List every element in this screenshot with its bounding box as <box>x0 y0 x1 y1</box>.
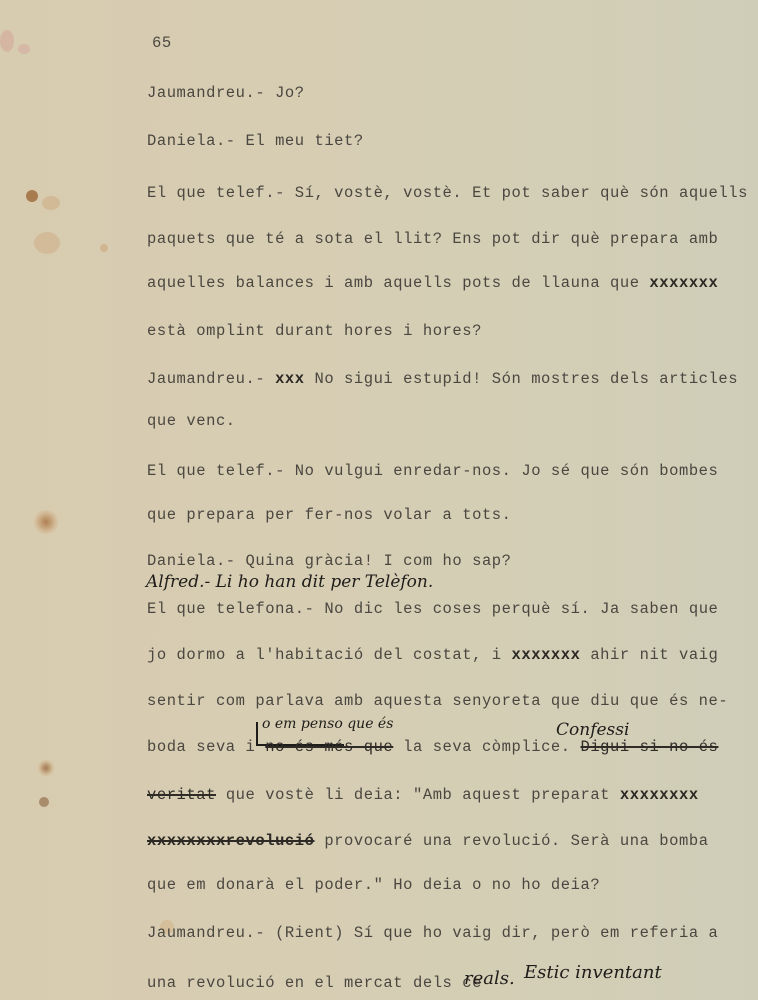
text-line: està omplint durant hores i hores? <box>147 322 482 340</box>
speaker-name: Jaumandreu.- <box>147 84 265 102</box>
dialogue-line: Jaumandreu.- xxx No sigui estupid! Són m… <box>147 370 738 388</box>
text-line: sentir com parlava amb aquesta senyoreta… <box>147 692 728 710</box>
text-line: veritat que vostè li deia: "Amb aquest p… <box>147 786 699 804</box>
typed-strikeout: xxxxxxx <box>640 274 719 292</box>
text-line: que venc. <box>147 412 236 430</box>
handwritten-insertion: o em penso que és <box>262 716 393 732</box>
speaker-name: Daniela.- <box>147 552 236 570</box>
pink-stain <box>0 30 14 52</box>
rust-stain <box>34 510 58 534</box>
dialogue-line: El que telefona.- No dic les coses perqu… <box>147 600 718 618</box>
speaker-name: Jaumandreu.- <box>147 370 265 388</box>
speaker-name: Jaumandreu.- <box>147 924 265 942</box>
rust-stain <box>26 190 38 202</box>
rust-stain <box>34 232 60 254</box>
struck-text: veritat <box>147 786 216 804</box>
text-line: xxxxxxxxrevolució provocaré una revoluci… <box>147 832 709 850</box>
text-line: boda seva i no és més que la seva còmpli… <box>147 738 718 756</box>
speaker-name: Daniela.- <box>147 132 236 150</box>
typed-strikeout: xxxxxxx <box>512 646 581 664</box>
page-number: 65 <box>152 34 172 52</box>
dialogue-line: Daniela.- El meu tiet? <box>147 132 364 150</box>
text-line: una revolució en el mercat dels ce <box>147 974 482 992</box>
speaker-name: El que telefona.- <box>147 600 314 618</box>
text-line: jo dormo a l'habitació del costat, i xxx… <box>147 646 718 664</box>
dialogue-line: Daniela.- Quina gràcia! I com ho sap? <box>147 552 512 570</box>
text-line: aquelles balances i amb aquells pots de … <box>147 274 718 292</box>
typed-strikeout: xxx <box>265 370 304 388</box>
handwritten-annotation: Alfred.- Li ho han dit per Telèfon. <box>146 572 433 592</box>
text-line: que em donarà el poder." Ho deia o no ho… <box>147 876 600 894</box>
rust-stain <box>42 196 60 210</box>
typed-strikeout: xxxxxxxxrevolució <box>147 832 314 850</box>
rust-stain <box>100 244 108 252</box>
handwritten-annotation: Estic inventant <box>524 962 662 983</box>
text-line: que prepara per fer-nos volar a tots. <box>147 506 512 524</box>
dialogue-line: Jaumandreu.- Jo? <box>147 84 305 102</box>
dialogue-line: Jaumandreu.- (Rient) Sí que ho vaig dir,… <box>147 924 718 942</box>
document-page: 65 Jaumandreu.- Jo? Daniela.- El meu tie… <box>0 0 758 1000</box>
dialogue-line: El que telef.- No vulgui enredar-nos. Jo… <box>147 462 718 480</box>
rust-stain <box>38 760 54 776</box>
struck-text: no és més que <box>265 738 393 756</box>
dialogue-line: El que telef.- Sí, vostè, vostè. Et pot … <box>147 184 748 202</box>
handwritten-insertion: Confessi <box>556 720 629 740</box>
handwritten-insertion: reals. <box>464 968 515 989</box>
pink-stain <box>18 44 30 54</box>
text-line: paquets que té a sota el llit? Ens pot d… <box>147 230 718 248</box>
speaker-name: El que telef.- <box>147 184 285 202</box>
typed-strikeout: xxxxxxxx <box>620 786 699 804</box>
rust-stain <box>39 797 49 807</box>
struck-text: Digui si no és <box>580 738 718 756</box>
speaker-name: El que telef.- <box>147 462 285 480</box>
